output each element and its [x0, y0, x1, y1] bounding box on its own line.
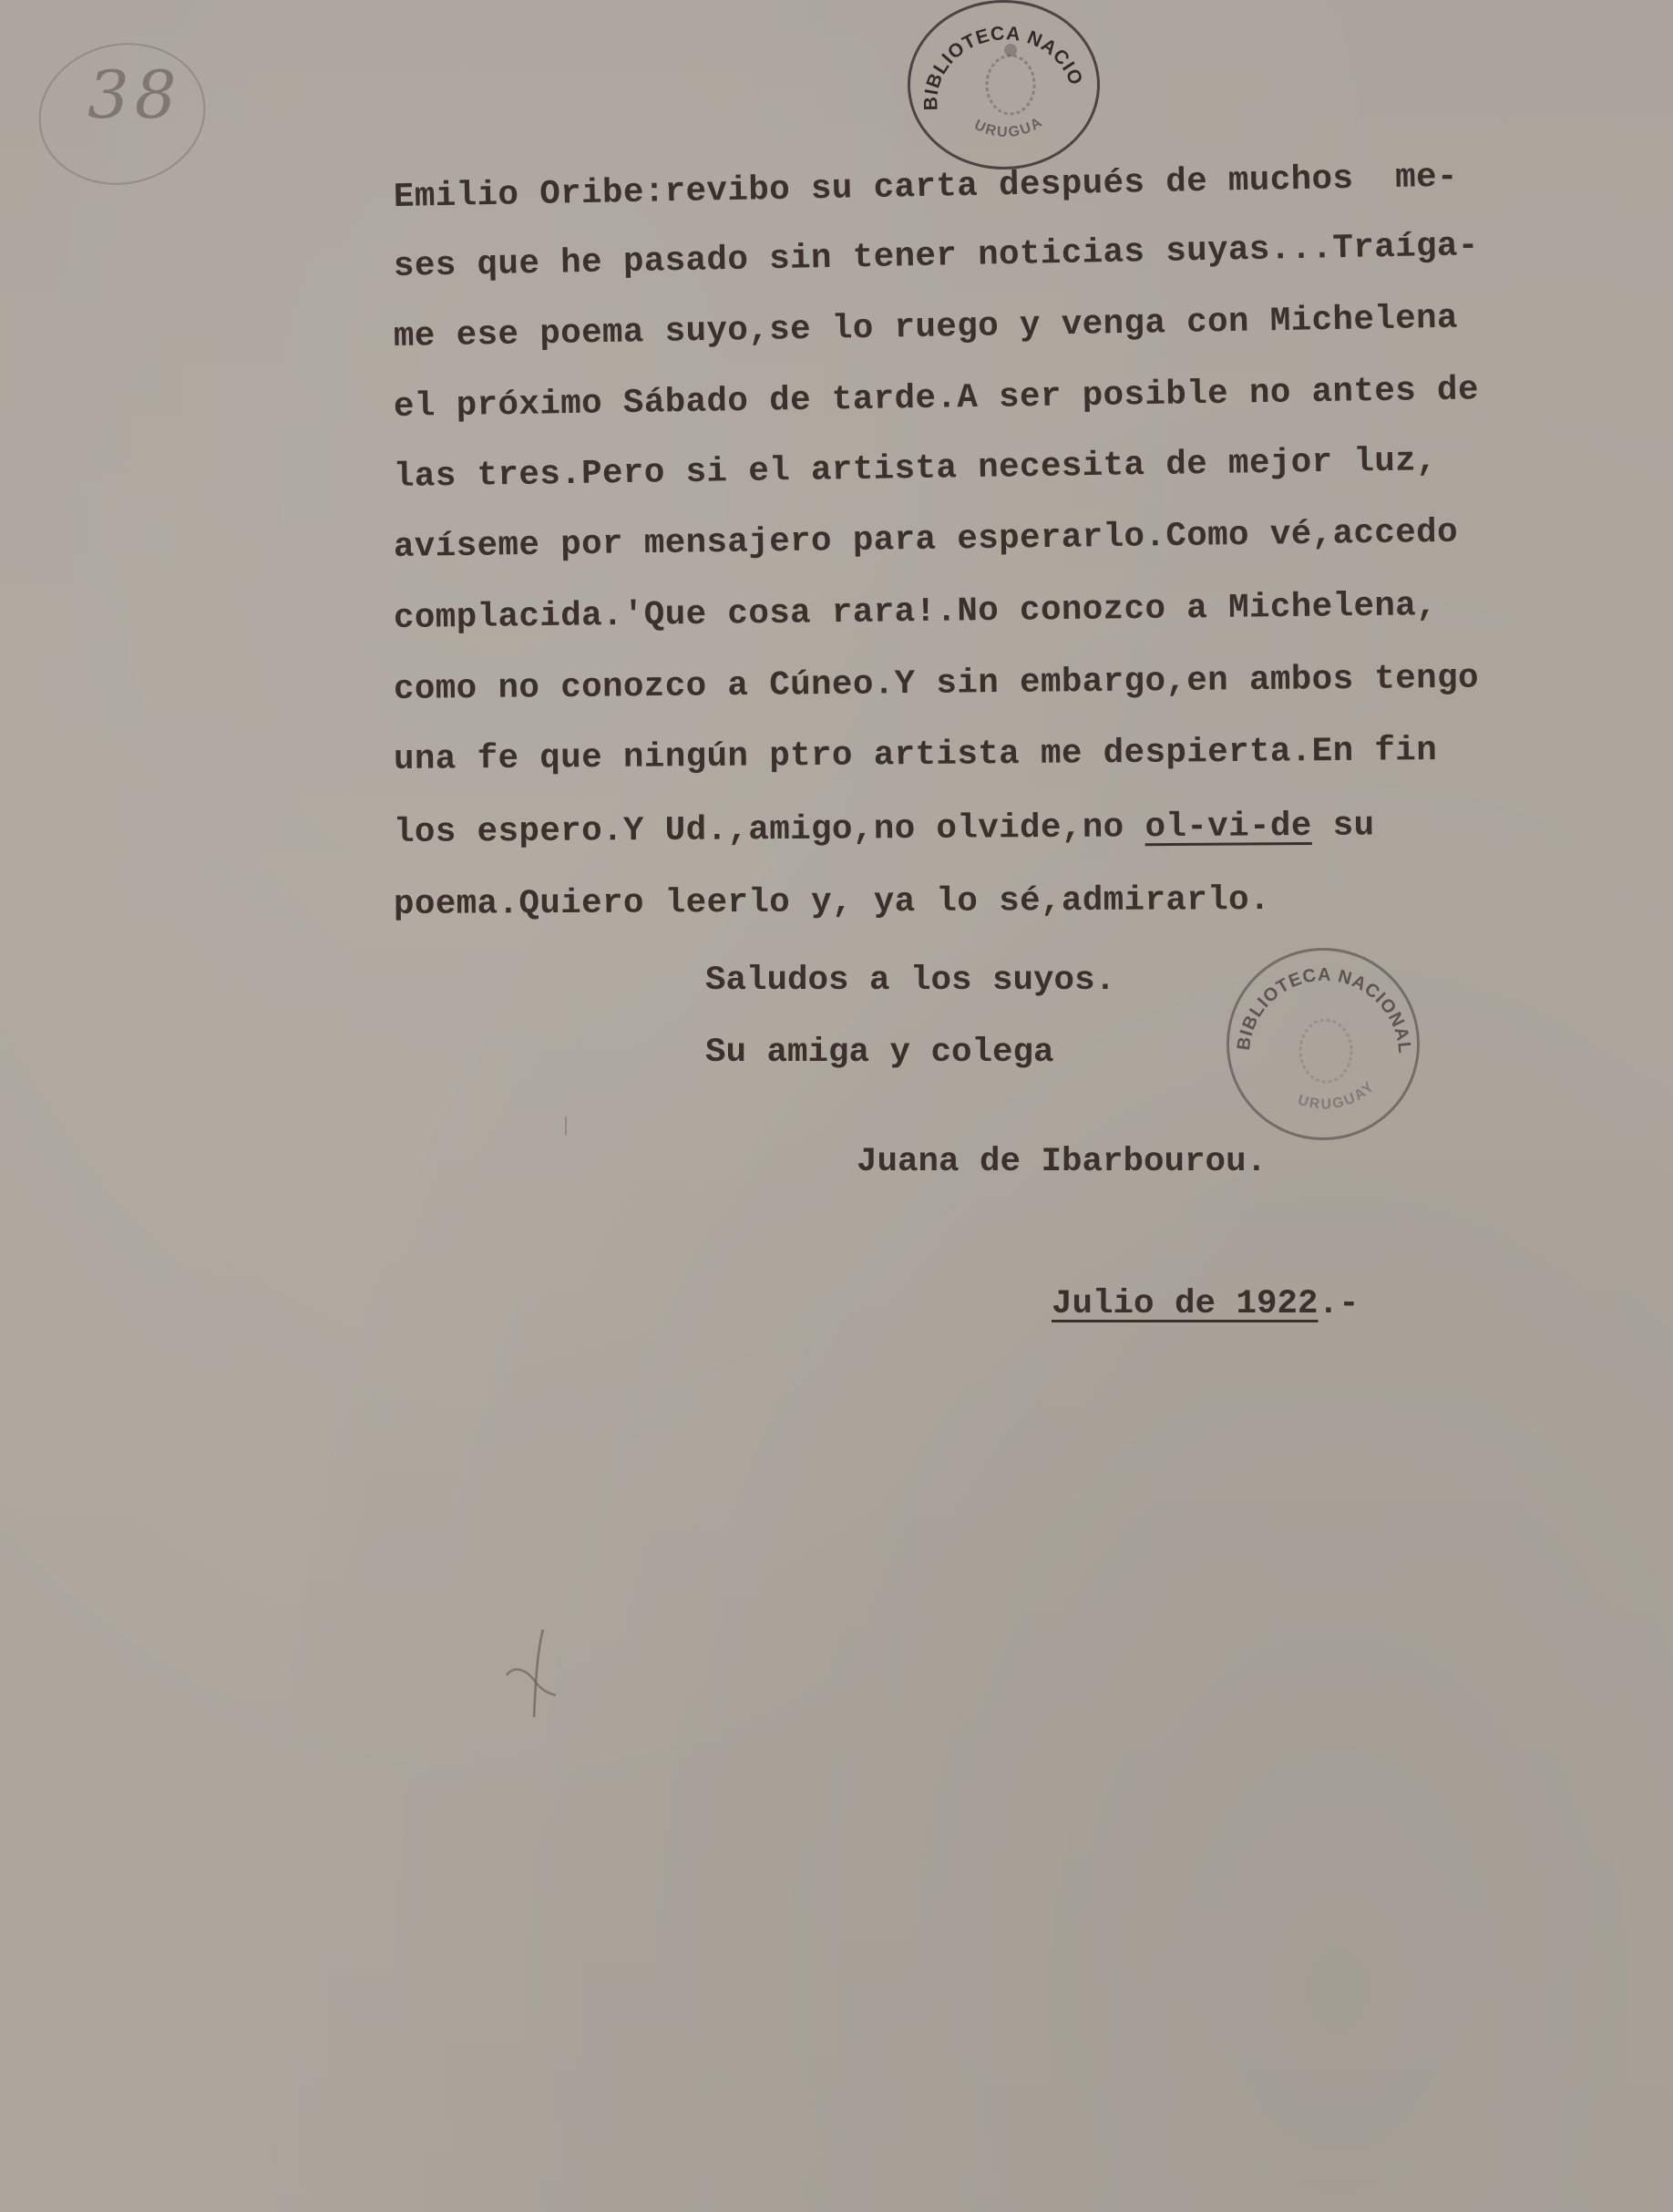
letter-line-6: avíseme por mensajero para esperarlo.Com… — [394, 514, 1459, 567]
closing-greeting: Saludos a los suyos. — [705, 962, 1115, 1000]
date-suffix: .- — [1319, 1285, 1360, 1323]
library-stamp-top: BIBLIOTECA NACIONAL URUGUAY — [908, 0, 1100, 170]
signature: Juana de Ibarbourou. — [857, 1143, 1267, 1181]
stamp-seal-icon: BIBLIOTECA NACIONAL URUGUAY — [910, 3, 1097, 167]
stamp-top-text: BIBLIOTECA NACIONAL — [910, 3, 1087, 110]
folio-number: 38 — [87, 57, 182, 133]
letter-line-10-before: los espero.Y Ud.,amigo,no olvide,no — [394, 808, 1145, 852]
letter-line-4: el próximo Sábado de tarde.A ser posible… — [394, 371, 1480, 427]
letter-line-10-after: su — [1312, 807, 1375, 845]
letter-line-2: ses que he pasado sin tener noticias suy… — [394, 227, 1480, 286]
letter-line-10: los espero.Y Ud.,amigo,no olvide,no ol-v… — [394, 807, 1375, 852]
letter-line-5: las tres.Pero si el artista necesita de … — [394, 442, 1438, 497]
library-stamp-bottom: BIBLIOTECA NACIONAL URUGUAY — [1227, 948, 1420, 1140]
svg-text:BIBLIOTECA NACIONAL: BIBLIOTECA NACIONAL — [910, 3, 1087, 110]
pencil-x-mark-icon — [499, 1622, 563, 1723]
svg-text:BIBLIOTECA NACIONAL: BIBLIOTECA NACIONAL — [1234, 965, 1415, 1055]
scanned-letter-page: 38 BIBLIOTECA NACIONAL URUGUAY Emilio Or… — [0, 0, 1673, 2212]
date-underlined: Julio de 1922 — [1052, 1285, 1319, 1323]
pencil-tick-mark — [565, 1116, 567, 1135]
letter-line-3: me ese poema suyo,se lo ruego y venga co… — [394, 300, 1459, 356]
letter-line-11: poema.Quiero leerlo y, ya lo sé,admirarl… — [394, 881, 1270, 924]
letter-date: Julio de 1922.- — [1052, 1285, 1360, 1323]
stamp-seal-icon: BIBLIOTECA NACIONAL URUGUAY — [1229, 951, 1417, 1137]
svg-text:URUGUAY: URUGUAY — [1296, 1078, 1378, 1113]
letter-line-1: Emilio Oribe:revibo su carta después de … — [394, 159, 1459, 217]
stamp-top-text: BIBLIOTECA NACIONAL — [1234, 965, 1415, 1055]
stamp-bottom-text: URUGUAY — [1296, 1078, 1378, 1113]
emphasized-olvide: ol-vi-de — [1144, 808, 1312, 847]
letter-line-9: una fe que ningún ptro artista me despie… — [394, 732, 1438, 779]
letter-line-8: como no conozco a Cúneo.Y sin embargo,en… — [394, 660, 1479, 709]
letter-line-7: complacida.'Que cosa rara!.No conozco a … — [394, 587, 1438, 638]
closing-valediction: Su amiga y colega — [705, 1034, 1054, 1072]
